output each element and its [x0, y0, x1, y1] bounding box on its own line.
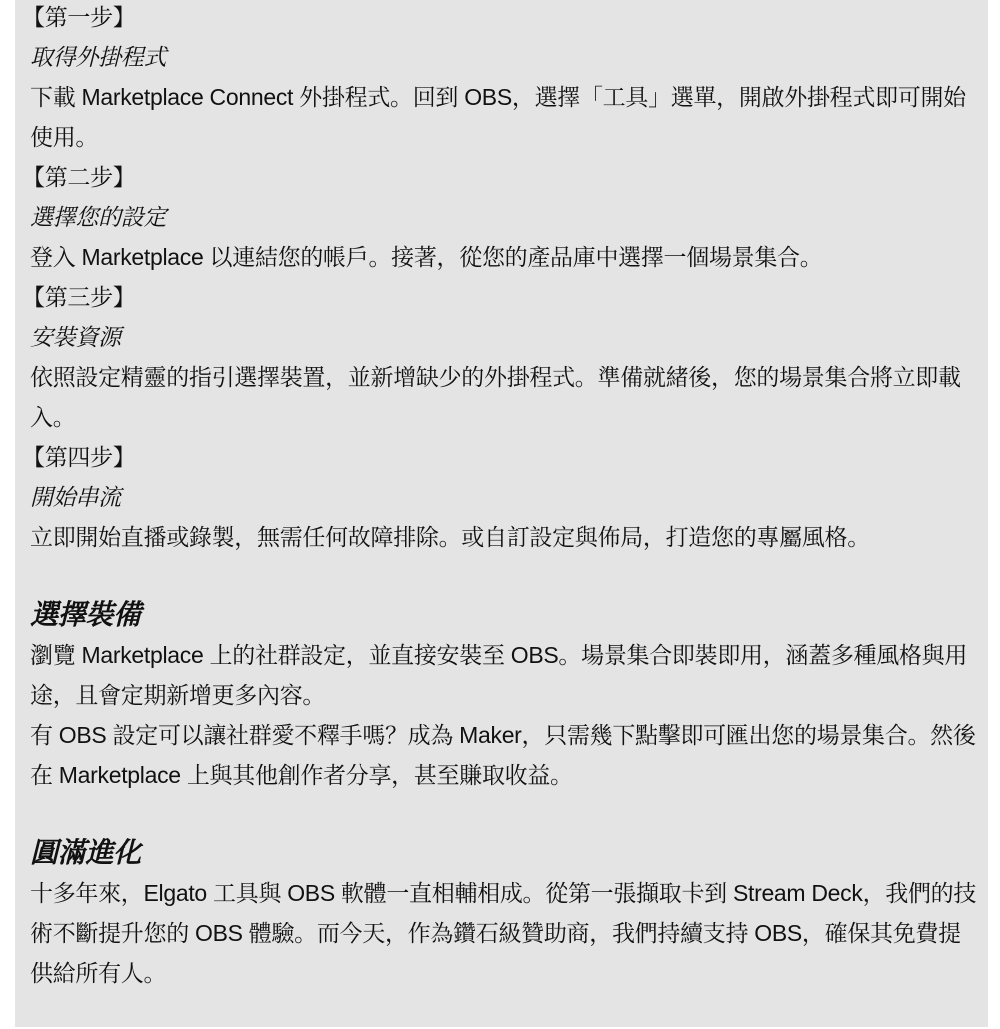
- step-title: 開始串流: [30, 477, 980, 517]
- section-evolution: 圓滿進化 十多年來，Elgato 工具與 OBS 軟體一直相輔相成。從第一張擷取…: [30, 833, 980, 993]
- step-body: 登入 Marketplace 以連結您的帳戶。接著，從您的產品庫中選擇一個場景集…: [30, 237, 980, 277]
- step-label: 【第四步】: [22, 437, 980, 477]
- step-body: 下載 Marketplace Connect 外掛程式。回到 OBS，選擇「工具…: [30, 77, 980, 157]
- step-body: 立即開始直播或錄製，無需任何故障排除。或自訂設定與佈局，打造您的專屬風格。: [30, 517, 980, 557]
- step-1: 【第一步】 取得外掛程式 下載 Marketplace Connect 外掛程式…: [30, 0, 980, 157]
- content-panel: 【第一步】 取得外掛程式 下載 Marketplace Connect 外掛程式…: [15, 0, 988, 1027]
- step-label: 【第二步】: [22, 157, 980, 197]
- step-label: 【第三步】: [22, 277, 980, 317]
- step-3: 【第三步】 安裝資源 依照設定精靈的指引選擇裝置，並新增缺少的外掛程式。準備就緒…: [30, 277, 980, 437]
- section-paragraph: 十多年來，Elgato 工具與 OBS 軟體一直相輔相成。從第一張擷取卡到 St…: [30, 873, 980, 993]
- step-body: 依照設定精靈的指引選擇裝置，並新增缺少的外掛程式。準備就緒後，您的場景集合將立即…: [30, 357, 980, 437]
- step-label: 【第一步】: [22, 0, 980, 37]
- section-paragraph: 瀏覽 Marketplace 上的社群設定，並直接安裝至 OBS。場景集合即裝即…: [30, 635, 980, 715]
- step-2: 【第二步】 選擇您的設定 登入 Marketplace 以連結您的帳戶。接著，從…: [30, 157, 980, 277]
- step-title: 取得外掛程式: [30, 37, 980, 77]
- section-choose-gear: 選擇裝備 瀏覽 Marketplace 上的社群設定，並直接安裝至 OBS。場景…: [30, 595, 980, 795]
- section-heading: 圓滿進化: [30, 833, 980, 873]
- section-heading: 選擇裝備: [30, 595, 980, 635]
- article-content: 【第一步】 取得外掛程式 下載 Marketplace Connect 外掛程式…: [30, 0, 980, 993]
- step-4: 【第四步】 開始串流 立即開始直播或錄製，無需任何故障排除。或自訂設定與佈局，打…: [30, 437, 980, 557]
- step-title: 選擇您的設定: [30, 197, 980, 237]
- step-title: 安裝資源: [30, 317, 980, 357]
- section-paragraph: 有 OBS 設定可以讓社群愛不釋手嗎？成為 Maker，只需幾下點擊即可匯出您的…: [30, 715, 980, 795]
